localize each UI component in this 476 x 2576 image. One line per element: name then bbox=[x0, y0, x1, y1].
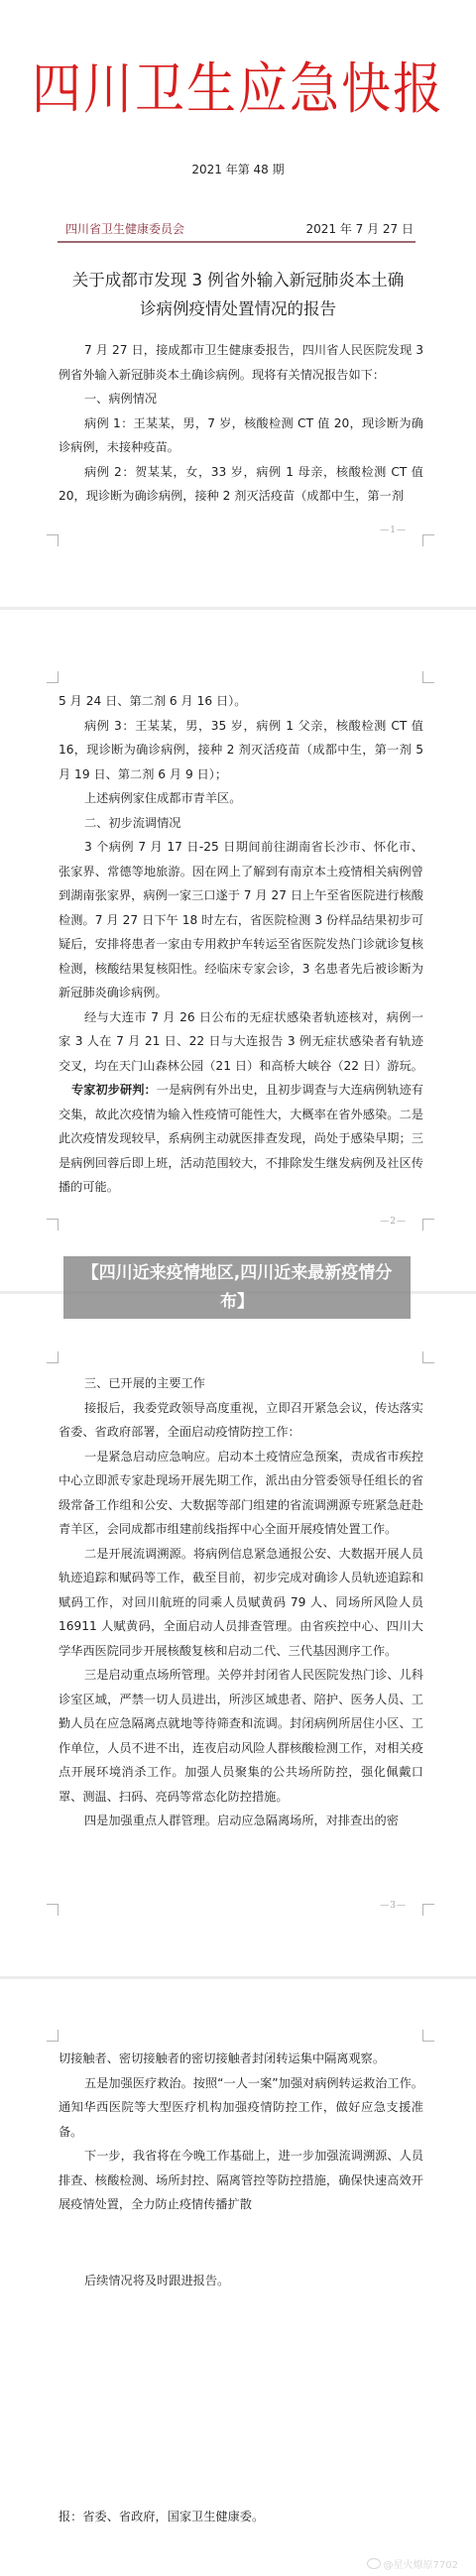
expert-text: 一是病例有外出史，且初步调查与大连病例轨迹有交集，故此次疫情为输入性疫情可能性大… bbox=[59, 1083, 423, 1194]
page-2-body: 5 月 24 日、第二剂 6 月 16 日）。 病例 3：王某某，男，35 岁，… bbox=[59, 689, 423, 1200]
headline-overlay-banner: 【四川近来疫情地区,四川近来最新疫情分布】 bbox=[63, 1256, 411, 1319]
paragraph-case-2: 病例 2：贺某某，女，33 岁，病例 1 母亲，核酸检测 CT 值 20，现诊断… bbox=[59, 460, 423, 509]
paragraph-key-groups: 四是加强重点人群管理。启动应急隔离场所，对排查出的密 bbox=[59, 1809, 423, 1833]
section-heading-work: 三、已开展的主要工作 bbox=[59, 1371, 423, 1396]
masthead-title: 四川卫生应急快报 bbox=[0, 56, 476, 122]
page-1-body: 7 月 27 日，接成都市卫生健康委报告，四川省人民医院发现 3 例省外输入新冠… bbox=[59, 338, 423, 509]
page-corner-mark bbox=[47, 2030, 59, 2042]
follow-up-note: 后续情况将及时跟进报告。 bbox=[59, 2269, 423, 2293]
paragraph-dalian-link: 经与大连市 7 月 26 日公布的无症状感染者轨迹核对，病例一家 3 人在 7 … bbox=[59, 1005, 423, 1079]
issuer-name: 四川省卫生健康委员会 bbox=[65, 220, 184, 237]
paragraph-venue-management: 三是启动重点场所管理。关停并封闭省人民医院发热门诊、儿科诊室区域，严禁一切人员进… bbox=[59, 1663, 423, 1809]
page-number: —1— bbox=[380, 526, 407, 535]
page-corner-mark bbox=[422, 1351, 434, 1363]
paragraph-case-1: 病例 1：王某某，男，7 岁，核酸检测 CT 值 20，现诊断为确诊病例，未接种… bbox=[59, 411, 423, 460]
page-corner-mark bbox=[422, 2030, 434, 2042]
page-corner-mark bbox=[47, 1219, 59, 1230]
paragraph-emergency-response: 一是紧急启动应急响应。启动本土疫情应急预案，责成省市疾控中心立即派专家赴现场开展… bbox=[59, 1445, 423, 1542]
paragraph-medical-treatment: 五是加强医疗救治。按照“一人一案”加强对病例转运救治工作。通知华西医院等大型医疗… bbox=[59, 2071, 423, 2145]
page-number: —2— bbox=[380, 1217, 407, 1227]
masthead-rule bbox=[58, 241, 416, 243]
page-corner-mark bbox=[422, 1904, 434, 1916]
paragraph-expert-assessment: 专家初步研判：一是病例有外出史，且初步调查与大连病例轨迹有交集，故此次疫情为输入… bbox=[59, 1078, 423, 1200]
page-corner-mark bbox=[47, 534, 59, 546]
page-corner-mark bbox=[422, 534, 434, 546]
watermark: @星火燎原7702 bbox=[367, 2556, 458, 2571]
page-corner-mark bbox=[47, 1351, 59, 1363]
document-page-1: 四川卫生应急快报 2021 年第 48 期 四川省卫生健康委员会 2021 年 … bbox=[0, 0, 476, 608]
document-page-3: 三、已开展的主要工作 接报后，我委党政领导高度重视，立即召开紧急会议，传达落实省… bbox=[0, 1294, 476, 1976]
paragraph-tracing: 二是开展流调溯源。将病例信息紧急通报公安、大数据开展人员轨迹追踪和赋码等工作，截… bbox=[59, 1542, 423, 1664]
document-page-2: 5 月 24 日、第二剂 6 月 16 日）。 病例 3：王某某，男，35 岁，… bbox=[0, 610, 476, 1292]
expert-label: 专家初步研判： bbox=[71, 1083, 157, 1097]
paragraph-leadership: 接报后，我委党政领导高度重视，立即召开紧急会议，传达落实省委、省政府部署，全面启… bbox=[59, 1396, 423, 1445]
page-4-body: 切接触者、密切接触者的密切接触者封闭转运集中隔离观察。 五是加强医疗救治。按照“… bbox=[59, 2047, 423, 2217]
paragraph-case-3: 病例 3：王某某，男，35 岁，病例 1 父亲，核酸检测 CT 值 16，现诊断… bbox=[59, 714, 423, 787]
paragraph-distribution: 报：省委、省政府，国家卫生健康委。 bbox=[59, 2505, 423, 2529]
issue-number: 2021 年第 48 期 bbox=[0, 161, 476, 177]
paragraph-case-2-cont: 5 月 24 日、第二剂 6 月 16 日）。 bbox=[59, 689, 423, 714]
paragraph-key-groups-cont: 切接触者、密切接触者的密切接触者封闭转运集中隔离观察。 bbox=[59, 2047, 423, 2071]
report-title: 关于成都市发现 3 例省外输入新冠肺炎本土确 诊病例疫情处置情况的报告 bbox=[58, 266, 418, 323]
issue-date: 2021 年 7 月 27 日 bbox=[305, 220, 414, 237]
section-heading-epi: 二、初步流调情况 bbox=[59, 811, 423, 836]
page-corner-mark bbox=[47, 1904, 59, 1916]
report-title-line-1: 关于成都市发现 3 例省外输入新冠肺炎本土确 bbox=[58, 266, 418, 294]
paragraph-follow-up: 后续情况将及时跟进报告。 bbox=[59, 2269, 423, 2293]
page-3-body: 三、已开展的主要工作 接报后，我委党政领导高度重视，立即召开紧急会议，传达落实省… bbox=[59, 1371, 423, 1833]
document-page-4: 切接触者、密切接触者的密切接触者封闭转运集中隔离观察。 五是加强医疗救治。按照“… bbox=[0, 1979, 476, 2576]
page-corner-mark bbox=[422, 671, 434, 683]
paragraph-travel: 3 个病例 7 月 17 日-25 日期间前往湖南省长沙市、怀化市、张家界、常德… bbox=[59, 835, 423, 1005]
page-corner-mark bbox=[422, 1219, 434, 1230]
weibo-icon bbox=[367, 2558, 381, 2569]
paragraph-next-steps: 下一步，我省将在今晚工作基础上，进一步加强流调溯源、人员排查、核酸检测、场所封控… bbox=[59, 2144, 423, 2217]
distribution-note: 报：省委、省政府，国家卫生健康委。 bbox=[59, 2505, 423, 2529]
page-number: —3— bbox=[380, 1901, 407, 1911]
watermark-text: @星火燎原7702 bbox=[384, 2556, 458, 2571]
section-heading-cases: 一、病例情况 bbox=[59, 387, 423, 411]
page-corner-mark bbox=[47, 671, 59, 683]
report-title-line-2: 诊病例疫情处置情况的报告 bbox=[58, 294, 418, 323]
paragraph-intro: 7 月 27 日，接成都市卫生健康委报告，四川省人民医院发现 3 例省外输入新冠… bbox=[59, 338, 423, 387]
paragraph-residence: 上述病例家住成都市青羊区。 bbox=[59, 786, 423, 811]
